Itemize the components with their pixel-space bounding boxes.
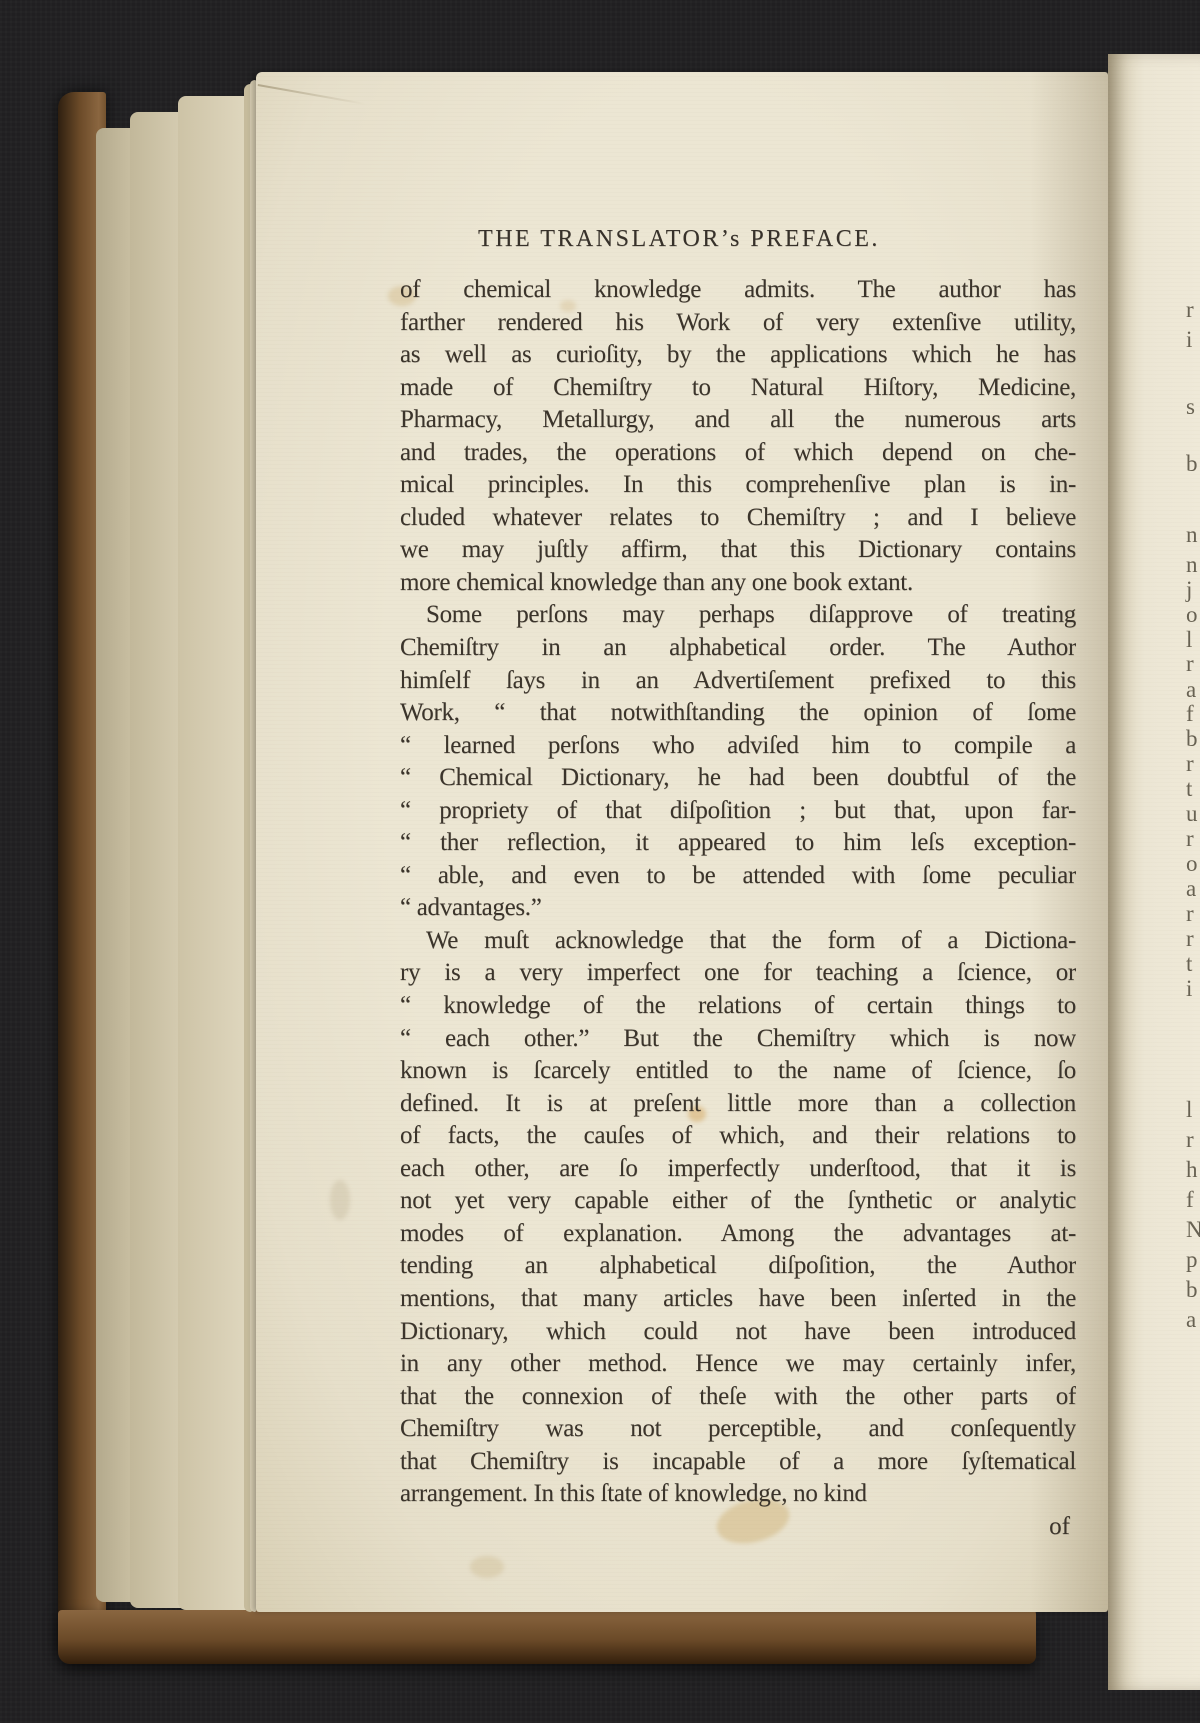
edge-letter: o bbox=[1186, 852, 1200, 875]
edge-letter: l bbox=[1186, 1098, 1200, 1121]
edge-letter: u bbox=[1186, 802, 1200, 825]
text-line: and trades, the operations of which depe… bbox=[400, 437, 1076, 470]
text-line: known is ſcarcely entitled to the name o… bbox=[400, 1055, 1076, 1088]
edge-letter: r bbox=[1186, 1128, 1200, 1151]
edge-letter: b bbox=[1186, 452, 1200, 475]
text-line: Dictionary, which could not have been in… bbox=[400, 1316, 1076, 1349]
edge-letter: o bbox=[1186, 603, 1200, 626]
text-line: “ able, and even to be attended with ſom… bbox=[400, 860, 1076, 893]
text-line: ry is a very imperfect one for teaching … bbox=[400, 957, 1076, 990]
edge-letter: r bbox=[1186, 827, 1200, 850]
text-line: arrangement. In this ſtate of knowledge,… bbox=[400, 1478, 1076, 1511]
text-line: tending an alphabetical diſpoſition, the… bbox=[400, 1250, 1076, 1283]
edge-letter: t bbox=[1186, 777, 1200, 800]
edge-letter: s bbox=[1186, 395, 1200, 418]
edge-letter: i bbox=[1186, 977, 1200, 1000]
text-line: defined. It is at preſent little more th… bbox=[400, 1088, 1076, 1121]
text-line: that Chemiſtry is incapable of a more ſy… bbox=[400, 1446, 1076, 1479]
text-line: “ knowledge of the relations of certain … bbox=[400, 990, 1076, 1023]
scanned-book-photo: THE TRANSLATOR’s PREFACE. of chemical kn… bbox=[0, 0, 1200, 1723]
text-line: Some perſons may perhaps diſapprove of t… bbox=[400, 599, 1076, 632]
text-line: cluded whatever relates to Chemiſtry ; a… bbox=[400, 502, 1076, 535]
edge-letter: r bbox=[1186, 927, 1200, 950]
text-line: Pharmacy, Metallurgy, and all the numero… bbox=[400, 404, 1076, 437]
edge-letter: a bbox=[1186, 1308, 1200, 1331]
text-line: “ each other.” But the Chemiſtry which i… bbox=[400, 1023, 1076, 1056]
text-line: himſelf ſays in an Advertiſement prefixe… bbox=[400, 665, 1076, 698]
edge-letter: l bbox=[1186, 628, 1200, 651]
edge-letter: f bbox=[1186, 702, 1200, 725]
edge-letter: a bbox=[1186, 877, 1200, 900]
text-line: “ propriety of that diſpoſition ; but th… bbox=[400, 795, 1076, 828]
text-lines: of chemical knowledge admits. The author… bbox=[400, 274, 1076, 1511]
edge-letter: p bbox=[1186, 1248, 1200, 1271]
text-line: Work, “ that notwithſtanding the opinion… bbox=[400, 697, 1076, 730]
edge-letter: b bbox=[1186, 1278, 1200, 1301]
text-block: of chemical knowledge admits. The author… bbox=[400, 274, 1076, 1543]
edge-letter: N bbox=[1186, 1218, 1200, 1241]
edge-letter: r bbox=[1186, 902, 1200, 925]
edge-letter: h bbox=[1186, 1158, 1200, 1181]
edge-letter: r bbox=[1186, 752, 1200, 775]
text-line: farther rendered his Work of very extenſ… bbox=[400, 307, 1076, 340]
book-cover-bottom-edge bbox=[58, 1610, 1036, 1664]
edge-letter: f bbox=[1186, 1188, 1200, 1211]
text-line: in any other method. Hence we may certai… bbox=[400, 1348, 1076, 1381]
text-line: of facts, the cauſes of which, and their… bbox=[400, 1120, 1076, 1153]
page-stack-edge bbox=[178, 96, 254, 1610]
edge-letter: i bbox=[1186, 328, 1200, 351]
edge-letter: n bbox=[1186, 523, 1200, 546]
edge-letter: t bbox=[1186, 952, 1200, 975]
text-line: more chemical knowledge than any one boo… bbox=[400, 567, 1076, 600]
text-line: mentions, that many articles have been i… bbox=[400, 1283, 1076, 1316]
text-line: Chemiſtry in an alphabetical order. The … bbox=[400, 632, 1076, 665]
text-line: “ learned perſons who adviſed him to com… bbox=[400, 730, 1076, 763]
text-line: “ Chemical Dictionary, he had been doubt… bbox=[400, 762, 1076, 795]
text-line: We muſt acknowledge that the form of a D… bbox=[400, 925, 1076, 958]
paper-stain bbox=[470, 1556, 504, 1578]
edge-letter: j bbox=[1186, 578, 1200, 601]
page-title: THE TRANSLATOR’s PREFACE. bbox=[400, 226, 1076, 253]
edge-letter: n bbox=[1186, 553, 1200, 576]
edge-letter: b bbox=[1186, 727, 1200, 750]
edge-letter: r bbox=[1186, 652, 1200, 675]
text-line: mical principles. In this comprehenſive … bbox=[400, 469, 1076, 502]
edge-letter: r bbox=[1186, 298, 1200, 321]
text-line: “ advantages.” bbox=[400, 892, 1076, 925]
text-line: we may juſtly affirm, that this Dictiona… bbox=[400, 534, 1076, 567]
paper-stain bbox=[330, 1180, 350, 1220]
text-line: each other, are ſo imperfectly underſtoo… bbox=[400, 1153, 1076, 1186]
edge-letter: a bbox=[1186, 678, 1200, 701]
text-line: not yet very capable either of the ſynth… bbox=[400, 1185, 1076, 1218]
text-line: modes of explanation. Among the advantag… bbox=[400, 1218, 1076, 1251]
text-line: Chemiſtry was not perceptible, and conſe… bbox=[400, 1413, 1076, 1446]
text-line: that the connexion of theſe with the oth… bbox=[400, 1381, 1076, 1414]
catchword: of bbox=[400, 1511, 1076, 1544]
text-line: of chemical knowledge admits. The author… bbox=[400, 274, 1076, 307]
text-line: made of Chemiſtry to Natural Hiſtory, Me… bbox=[400, 372, 1076, 405]
text-line: as well as curioſity, by the application… bbox=[400, 339, 1076, 372]
text-line: “ ther reflection, it appeared to him le… bbox=[400, 827, 1076, 860]
